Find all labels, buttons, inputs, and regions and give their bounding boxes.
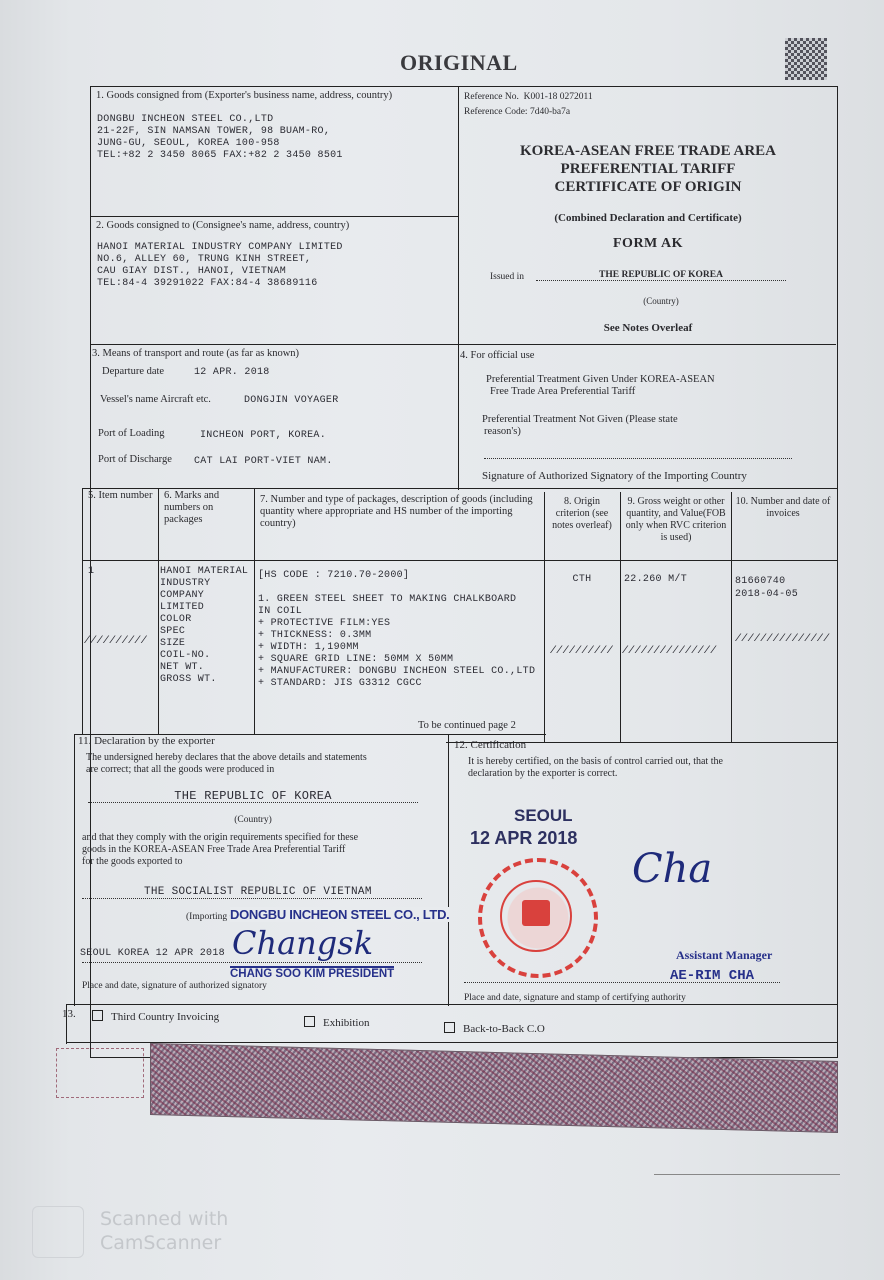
- country-caption: (Country): [536, 296, 786, 306]
- title-subtitle: (Combined Declaration and Certificate): [460, 212, 836, 224]
- option-third-country[interactable]: Third Country Invoicing: [92, 1010, 219, 1023]
- continued-note: To be continued page 2: [418, 720, 516, 732]
- invoice-fill: ///////////////: [735, 634, 830, 646]
- declaration-line: The undersigned hereby declares that the…: [86, 752, 367, 764]
- exporter-line: DONGBU INCHEON STEEL CO.,LTD: [97, 114, 343, 126]
- certification-text: It is hereby certified, on the basis of …: [468, 756, 723, 780]
- treatment-given-line: Free Trade Area Preferential Tariff: [486, 386, 715, 398]
- treatment-given: Preferential Treatment Given Under KOREA…: [486, 374, 715, 398]
- consignee-address: HANOI MATERIAL INDUSTRY COMPANY LIMITED …: [97, 242, 343, 290]
- box2-label: 2. Goods consigned to (Consignee's name,…: [96, 220, 349, 232]
- divider: [654, 1174, 840, 1175]
- description-line: 1. GREEN STEEL SHEET TO MAKING CHALKBOAR…: [258, 594, 542, 606]
- port-loading-value: INCHEON PORT, KOREA.: [200, 430, 326, 442]
- description-line: + STANDARD: JIS G3312 CGCC: [258, 678, 542, 690]
- camscanner-logo-icon: [32, 1206, 84, 1258]
- description-line: IN COIL: [258, 606, 542, 618]
- reference-no-label: Reference No.: [464, 92, 519, 102]
- exporter-line: TEL:+82 2 3450 8065 FAX:+82 2 3450 8501: [97, 150, 343, 162]
- exporter-signature: Changsk: [232, 924, 373, 962]
- treatment-given-line: Preferential Treatment Given Under KOREA…: [486, 374, 715, 386]
- reference-no-value: K001-18 0272011: [524, 92, 593, 102]
- option-label: Exhibition: [323, 1017, 369, 1029]
- description-line: + WIDTH: 1,190MM: [258, 642, 542, 654]
- marks-line: LIMITED: [160, 602, 248, 614]
- watermark-line: Scanned with: [100, 1207, 228, 1231]
- origin-criterion-value: CTH: [546, 574, 618, 586]
- marks-line: SPEC: [160, 626, 248, 638]
- vessel-value: DONGJIN VOYAGER: [244, 395, 339, 407]
- box3-label: 3. Means of transport and route (as far …: [92, 348, 299, 360]
- item-number: 1: [88, 566, 94, 578]
- option-label: Back-to-Back C.O: [463, 1023, 545, 1035]
- signer-name: CHANG SOO KIM PRESIDENT: [230, 966, 394, 980]
- importing-signature-caption: Signature of Authorized Signatory of the…: [482, 470, 747, 482]
- consignee-line: NO.6, ALLEY 60, TRUNG KINH STREET,: [97, 254, 343, 266]
- goods-description: [HS CODE : 7210.70-2000] 1. GREEN STEEL …: [258, 570, 542, 690]
- officer-title: Assistant Manager: [676, 948, 772, 963]
- description-line: + PROTECTIVE FILM:YES: [258, 618, 542, 630]
- title-line-3: CERTIFICATE OF ORIGIN: [460, 178, 836, 196]
- exporter-signature-caption: Place and date, signature of authorized …: [82, 980, 267, 992]
- exporter-line: 21-22F, SIN NAMSAN TOWER, 98 BUAM-RO,: [97, 126, 343, 138]
- document-title: ORIGINAL: [400, 50, 518, 76]
- marks-list: HANOI MATERIAL INDUSTRY COMPANY LIMITED …: [160, 566, 248, 686]
- exporter-place-date: SEOUL KOREA 12 APR 2018: [80, 948, 225, 960]
- company-stamp: DONGBU INCHEON STEEL CO., LTD.: [230, 907, 449, 922]
- departure-value: 12 APR. 2018: [194, 367, 270, 379]
- invoice-number: 81660740: [735, 576, 785, 588]
- port-discharge-value: CAT LAI PORT-VIET NAM.: [194, 456, 333, 468]
- header-description: 7. Number and type of packages, descript…: [260, 494, 540, 530]
- description-line: + THICKNESS: 0.3MM: [258, 630, 542, 642]
- consignee-line: HANOI MATERIAL INDUSTRY COMPANY LIMITED: [97, 242, 343, 254]
- certifier-signature-caption: Place and date, signature and stamp of c…: [464, 992, 686, 1004]
- description-line: + SQUARE GRID LINE: 50MM X 50MM: [258, 654, 542, 666]
- port-loading-label: Port of Loading: [98, 428, 165, 440]
- issued-in-value: THE REPUBLIC OF KOREA: [536, 270, 786, 281]
- issued-in-label: Issued in: [490, 272, 524, 282]
- checkbox-third-country[interactable]: [92, 1010, 103, 1021]
- qr-code-icon: [785, 38, 827, 80]
- certification-line: declaration by the exporter is correct.: [468, 768, 723, 780]
- box12-label: 12. Certification: [454, 739, 526, 751]
- consignee-line: CAU GIAY DIST., HANOI, VIETNAM: [97, 266, 343, 278]
- marks-line: COMPANY: [160, 590, 248, 602]
- exporter-address: DONGBU INCHEON STEEL CO.,LTD 21-22F, SIN…: [97, 114, 343, 162]
- see-notes: See Notes Overleaf: [460, 322, 836, 334]
- vessel-label: Vessel's name Aircraft etc.: [100, 394, 211, 406]
- marks-line: NET WT.: [160, 662, 248, 674]
- certifier-signature: Cha: [632, 846, 712, 892]
- box4-label: 4. For official use: [460, 350, 534, 362]
- item-fill: //////////: [84, 636, 147, 648]
- header-invoices: 10. Number and date of invoices: [733, 496, 833, 520]
- port-discharge-label: Port of Discharge: [98, 454, 172, 466]
- option-exhibition[interactable]: Exhibition: [304, 1016, 369, 1029]
- checkbox-back-to-back[interactable]: [444, 1022, 455, 1033]
- consignee-line: TEL:84-4 39291022 FAX:84-4 38689116: [97, 278, 343, 290]
- option-back-to-back[interactable]: Back-to-Back C.O: [444, 1022, 545, 1035]
- compliance-line: for the goods exported to: [82, 856, 358, 868]
- compliance-line: goods in the KOREA-ASEAN Free Trade Area…: [82, 844, 358, 856]
- certificate-title-block: KOREA-ASEAN FREE TRADE AREA PREFERENTIAL…: [460, 142, 836, 252]
- declaration-text: The undersigned hereby declares that the…: [86, 752, 367, 776]
- reference-code-value: 7d40-ba7a: [530, 107, 570, 117]
- weight-fill: ///////////////: [622, 646, 717, 658]
- importing-country: THE SOCIALIST REPUBLIC OF VIETNAM: [82, 886, 422, 899]
- treatment-not-given-line: Preferential Treatment Not Given (Please…: [482, 414, 678, 426]
- box1-label: 1. Goods consigned from (Exporter's busi…: [96, 90, 456, 102]
- compliance-line: and that they comply with the origin req…: [82, 832, 358, 844]
- watermark-line: CamScanner: [100, 1231, 228, 1255]
- certification-line: It is hereby certified, on the basis of …: [468, 756, 723, 768]
- header-marks: 6. Marks and numbers on packages: [164, 490, 250, 526]
- option-label: Third Country Invoicing: [111, 1011, 219, 1023]
- origin-country: THE REPUBLIC OF KOREA: [88, 790, 418, 803]
- box11-label: 11. Declaration by the exporter: [78, 735, 215, 747]
- reference-code-label: Reference Code:: [464, 107, 528, 117]
- marks-line: COLOR: [160, 614, 248, 626]
- exporter-line: JUNG-GU, SEOUL, KOREA 100-958: [97, 138, 343, 150]
- origin-fill: //////////: [550, 646, 613, 658]
- header-gross-weight: 9. Gross weight or other quantity, and V…: [622, 496, 730, 544]
- header-origin-criterion: 8. Origin criterion (see notes overleaf): [546, 496, 618, 532]
- title-line-1: KOREA-ASEAN FREE TRADE AREA: [460, 142, 836, 160]
- checkbox-exhibition[interactable]: [304, 1016, 315, 1027]
- marks-line: SIZE: [160, 638, 248, 650]
- stamp-date: 12 APR 2018: [470, 828, 577, 849]
- marks-line: COIL-NO.: [160, 650, 248, 662]
- reference-block: Reference No. K001-18 0272011 Reference …: [464, 90, 593, 120]
- compliance-text: and that they comply with the origin req…: [82, 832, 358, 868]
- origin-country-caption: (Country): [88, 814, 418, 826]
- security-blank-box: [56, 1048, 144, 1098]
- gross-weight-value: 22.260 M/T: [624, 574, 687, 586]
- description-line: + MANUFACTURER: DONGBU INCHEON STEEL CO.…: [258, 666, 542, 678]
- scanner-watermark: Scanned with CamScanner: [100, 1207, 228, 1255]
- departure-label: Departure date: [102, 366, 164, 378]
- title-line-2: PREFERENTIAL TARIFF: [460, 160, 836, 178]
- marks-line: INDUSTRY: [160, 578, 248, 590]
- treatment-not-given: Preferential Treatment Not Given (Please…: [482, 414, 678, 438]
- box13-label: 13.: [62, 1008, 76, 1020]
- invoice-date: 2018-04-05: [735, 589, 798, 601]
- declaration-line: are correct; that all the goods were pro…: [86, 764, 367, 776]
- marks-line: GROSS WT.: [160, 674, 248, 686]
- form-name: FORM AK: [460, 236, 836, 252]
- stamp-city: SEOUL: [514, 806, 573, 826]
- marks-line: HANOI MATERIAL: [160, 566, 248, 578]
- description-line: [HS CODE : 7210.70-2000]: [258, 570, 542, 582]
- treatment-not-given-line: reason's): [482, 426, 678, 438]
- header-item-number: 5. Item number: [88, 490, 154, 502]
